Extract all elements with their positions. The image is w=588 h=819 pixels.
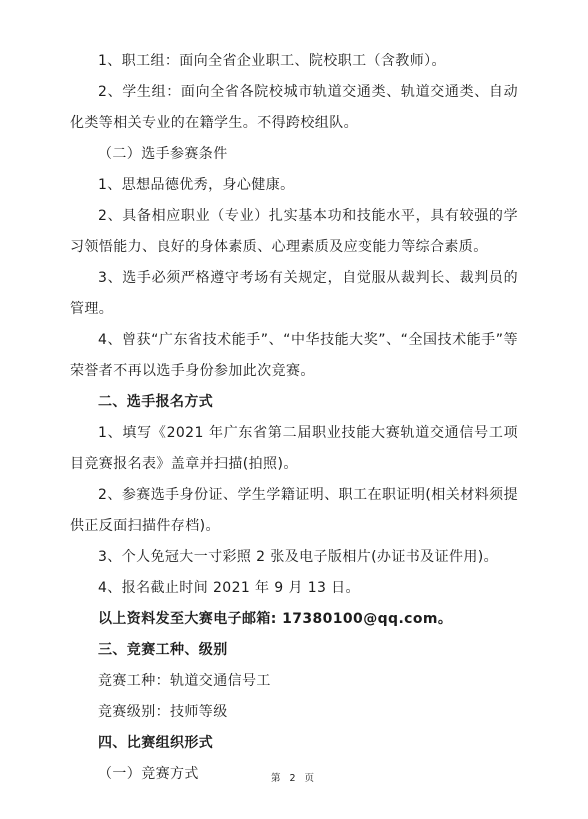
paragraph-condition-1: 1、思想品德优秀，身心健康。 — [70, 170, 518, 201]
page-number: 第 2 页 — [0, 770, 588, 784]
section-heading-organization: 四、比赛组织形式 — [70, 728, 518, 759]
paragraph-registration-3: 3、个人免冠大一寸彩照 2 张及电子版相片(办证书及证件用)。 — [70, 542, 518, 573]
document-page: 1、职工组：面向全省企业职工、院校职工（含教师）。 2、学生组：面向全省各院校城… — [0, 0, 588, 819]
paragraph-student-group: 2、学生组：面向全省各院校城市轨道交通类、轨道交通类、自动化类等相关专业的在籍学… — [70, 77, 518, 139]
paragraph-condition-3: 3、选手必须严格遵守考场有关规定，自觉服从裁判长、裁判员的管理。 — [70, 263, 518, 325]
section-heading-registration: 二、选手报名方式 — [70, 387, 518, 418]
paragraph-condition-2: 2、具备相应职业（专业）扎实基本功和技能水平，具有较强的学习领悟能力、良好的身体… — [70, 201, 518, 263]
paragraph-registration-2: 2、参赛选手身份证、学生学籍证明、职工在职证明(相关材料须提供正反面扫描件存档)… — [70, 480, 518, 542]
section-heading-trade-level: 三、竞赛工种、级别 — [70, 635, 518, 666]
paragraph-worker-group: 1、职工组：面向全省企业职工、院校职工（含教师）。 — [70, 46, 518, 77]
subsection-heading-contestant-conditions: （二）选手参赛条件 — [70, 139, 518, 170]
paragraph-competition-level: 竞赛级别：技师等级 — [70, 697, 518, 728]
document-body: 1、职工组：面向全省企业职工、院校职工（含教师）。 2、学生组：面向全省各院校城… — [70, 46, 518, 790]
paragraph-registration-deadline: 4、报名截止时间 2021 年 9 月 13 日。 — [70, 573, 518, 604]
paragraph-registration-1: 1、填写《2021 年广东省第二届职业技能大赛轨道交通信号工项目竞赛报名表》盖章… — [70, 418, 518, 480]
paragraph-condition-4: 4、曾获“广东省技术能手”、“中华技能大奖”、“全国技术能手”等荣誉者不再以选手… — [70, 325, 518, 387]
paragraph-competition-trade: 竞赛工种：轨道交通信号工 — [70, 666, 518, 697]
paragraph-email-notice: 以上资料发至大赛电子邮箱: 17380100@qq.com。 — [70, 604, 518, 635]
